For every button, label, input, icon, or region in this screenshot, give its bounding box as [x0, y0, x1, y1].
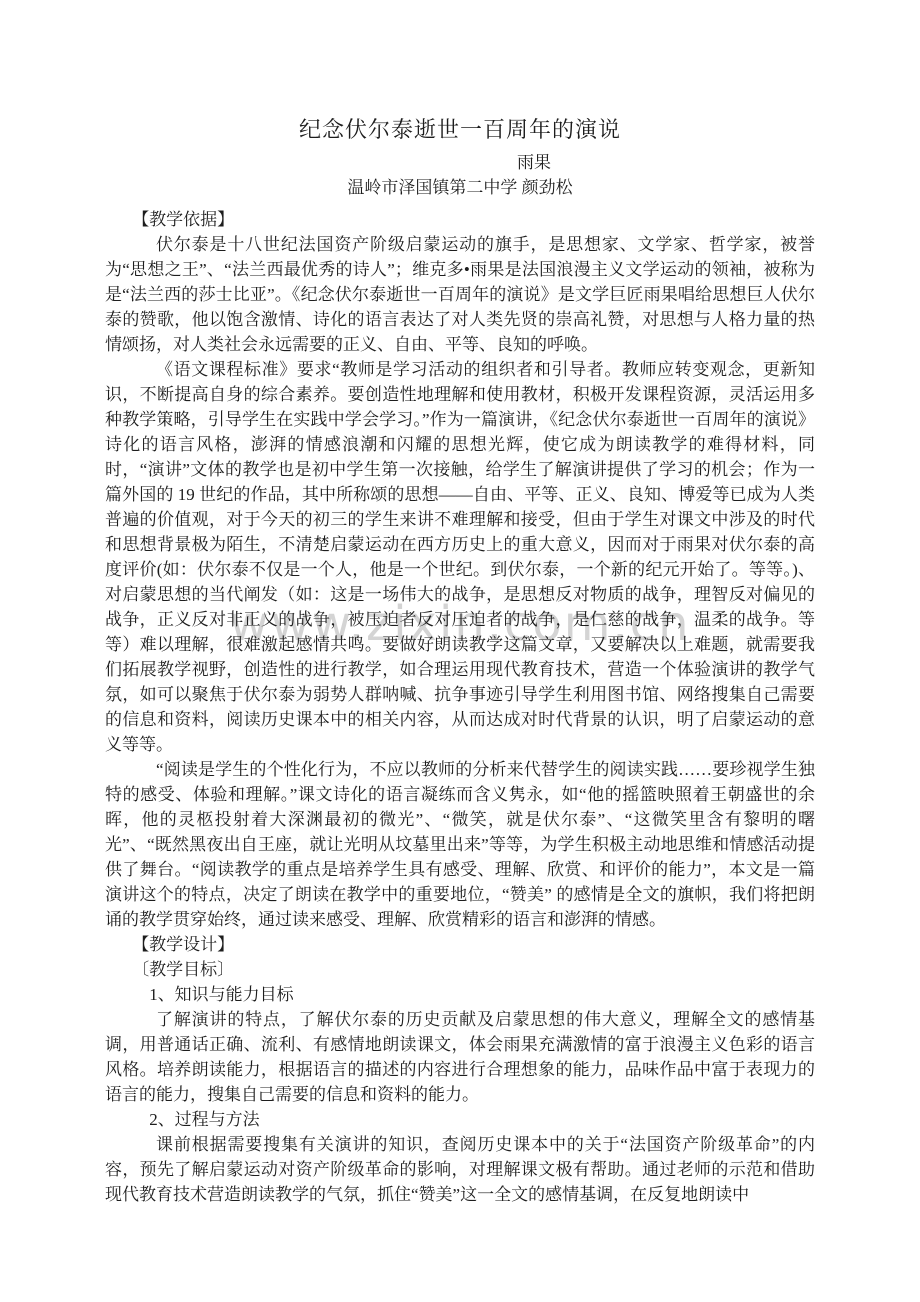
objective-item-1-paragraph: 了解演讲的特点，了解伏尔泰的历史贡献及启蒙思想的伟大意义，理解全文的感情基调，用… [105, 1007, 815, 1107]
document-body: 【教学依据】 伏尔泰是十八世纪法国资产阶级启蒙运动的旗手，是思想家、文学家、哲学… [105, 207, 815, 1207]
objective-item-1-title: 1、知识与能力目标 [105, 982, 815, 1007]
affiliation-line: 温岭市泽国镇第二中学 颜劲松 [105, 175, 815, 200]
subheading-teaching-objectives: 〔教学目标〕 [105, 957, 815, 982]
teaching-basis-paragraph-1: 伏尔泰是十八世纪法国资产阶级启蒙运动的旗手，是思想家、文学家、哲学家，被誉为“思… [105, 232, 815, 357]
document-content: 纪念伏尔泰逝世一百周年的演说 雨果 温岭市泽国镇第二中学 颜劲松 【教学依据】 … [105, 110, 815, 1207]
document-page: www.zixin.com.cn 纪念伏尔泰逝世一百周年的演说 雨果 温岭市泽国… [0, 0, 920, 1302]
document-title: 纪念伏尔泰逝世一百周年的演说 [105, 110, 815, 150]
objective-item-2-paragraph: 课前根据需要搜集有关演讲的知识，查阅历史课本中的关于“法国资产阶级革命”的内容，… [105, 1132, 815, 1207]
teaching-basis-paragraph-2: 《语文课程标准》要求“教师是学习活动的组织者和引导者。教师应转变观念，更新知识，… [105, 357, 815, 757]
section-heading-teaching-design: 【教学设计】 [105, 932, 815, 957]
teaching-basis-paragraph-3: “阅读是学生的个性化行为，不应以教师的分析来代替学生的阅读实践……要珍视学生独特… [105, 757, 815, 932]
author-line: 雨果 [179, 150, 889, 175]
objective-item-2-title: 2、过程与方法 [105, 1107, 815, 1132]
section-heading-teaching-basis: 【教学依据】 [105, 207, 815, 232]
